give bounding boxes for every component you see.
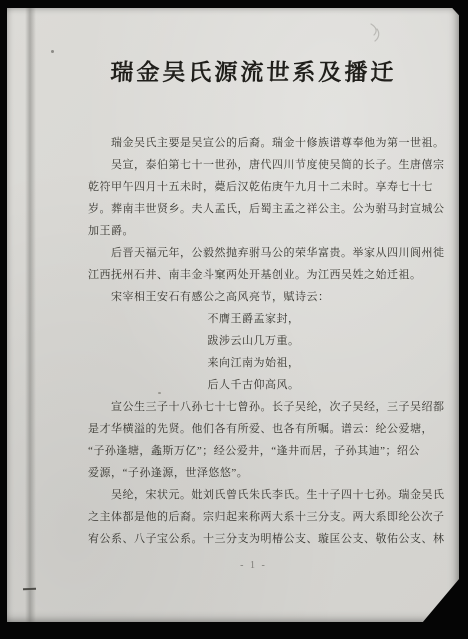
body-line: 后晋天福元年，公毅然抛弃驸马公的荣华富贵。举家从四川阆州徙 xyxy=(88,242,419,264)
body-line: 宥公系、八子宝公系。十三分支为明椿公支、璇匡公支、敬佑公支、林 xyxy=(88,528,419,550)
scanned-page: 瑞金吴氏源流世系及播迁 瑞金吴氏主要是吴宣公的后裔。瑞金十修族谱尊奉他为第一世祖… xyxy=(0,0,468,639)
pencil-mark xyxy=(367,21,385,45)
paper: 瑞金吴氏源流世系及播迁 瑞金吴氏主要是吴宣公的后裔。瑞金十修族谱尊奉他为第一世祖… xyxy=(7,8,459,622)
page-title: 瑞金吴氏源流世系及播迁 xyxy=(87,54,419,87)
body-line: 乾符甲午四月十五未时，薨后汉乾佑庚午九月十二未时。享寿七十七 xyxy=(88,176,419,198)
body-line: 吴宣，泰伯第七十一世孙，唐代四川节度使吴简的长子。生唐僖宗 xyxy=(88,154,419,176)
body-line: 瑞金吴氏主要是吴宣公的后裔。瑞金十修族谱尊奉他为第一世祖。 xyxy=(88,132,419,154)
paragraph-wuxuan: 吴宣，泰伯第七十一世孙，唐代四川节度使吴简的长子。生唐僖宗 乾符甲午四月十五未时… xyxy=(88,154,419,242)
body-line: 吴纶，宋状元。妣刘氏曾氏朱氏李氏。生十子四十七孙。瑞金吴氏 xyxy=(88,484,419,506)
body-line: 之主体都是他的后裔。宗归起来称两大系十三分支。两大系即纶公次子 xyxy=(88,506,419,528)
poem-line: 不膺王爵孟家封， xyxy=(88,308,419,330)
gutter-fold-shadow xyxy=(25,8,36,622)
body-line: 爱源，“子孙逢源，世泽悠悠”。 xyxy=(88,462,419,484)
paragraph-wulun: 吴纶，宋状元。妣刘氏曾氏朱氏李氏。生十子四十七孙。瑞金吴氏 之主体都是他的后裔。… xyxy=(88,484,419,550)
body-line: 宋宰相王安石有感公之高风亮节，赋诗云： xyxy=(88,286,419,308)
body-line: 是才华横溢的先贤。他们各有所爱、也各有所嘱。谱云：纶公爱塘， xyxy=(88,418,419,440)
body-line: “子孙逢塘，螽斯万亿”；经公爱井，“逢井而居，子孙其迪”；绍公 xyxy=(88,440,419,462)
body-line: 加王爵。 xyxy=(88,220,419,242)
poem-line: 跋涉云山几万重。 xyxy=(88,330,419,352)
paragraph-poem-intro: 宋宰相王安石有感公之高风亮节，赋诗云： xyxy=(88,286,419,308)
paragraph-migration: 后晋天福元年，公毅然抛弃驸马公的荣华富贵。举家从四川阆州徙 江西抚州石井、南丰金… xyxy=(88,242,419,286)
paper-speck xyxy=(51,50,54,53)
poem-line: 来向江南为始祖， xyxy=(88,352,419,374)
paragraph-three-sons: 宣公生三子十八孙七十七曾孙。长子吴纶，次子吴经，三子吴绍都 是才华横溢的先贤。他… xyxy=(88,396,419,484)
paragraph-intro: 瑞金吴氏主要是吴宣公的后裔。瑞金十修族谱尊奉他为第一世祖。 xyxy=(88,132,419,154)
poem-line: 后人千古仰高风。 xyxy=(88,374,419,396)
page-number: - 1 - xyxy=(88,555,419,577)
body-line: 宣公生三子十八孙七十七曾孙。长子吴纶，次子吴经，三子吴绍都 xyxy=(88,396,419,418)
poem: 不膺王爵孟家封， 跋涉云山几万重。 来向江南为始祖， 后人千古仰高风。 xyxy=(88,308,419,396)
body-line: 岁。葬南丰世贤乡。夫人孟氏，后蜀主孟之祥公主。公为驸马封宣城公 xyxy=(88,198,419,220)
text-block: 瑞金吴氏主要是吴宣公的后裔。瑞金十修族谱尊奉他为第一世祖。 吴宣，泰伯第七十一世… xyxy=(88,132,419,577)
body-line: 江西抚州石井、南丰金斗窠两处开基创业。为江西吴姓之始迁祖。 xyxy=(88,264,419,286)
